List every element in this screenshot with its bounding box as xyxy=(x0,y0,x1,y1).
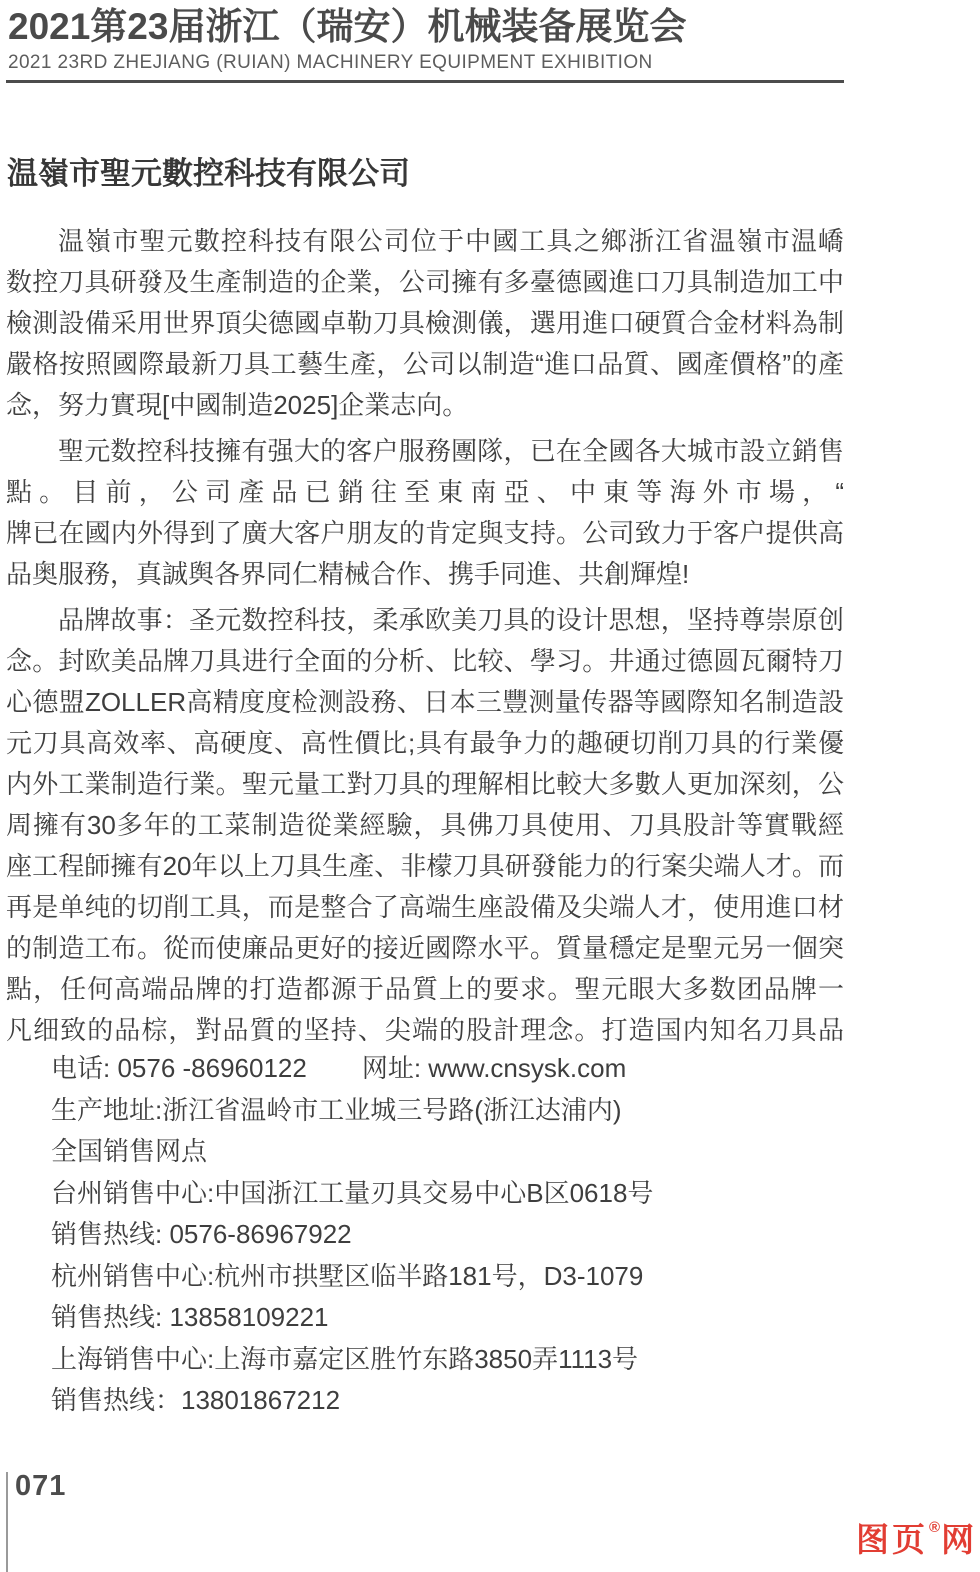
profile-line: 點，任何高端品牌的打造都源于品質上的要求。聖元眼大多数团品牌一樣，拥有超 xyxy=(6,969,844,1010)
profile-line: 嚴格按照國際最新刀具工藝生產，公司以制造“進口品質、國產價格”的產品為理 xyxy=(6,344,844,385)
taizhou-hotline: 销售热线: 0576-86967922 xyxy=(51,1214,653,1256)
website-url: 网址: www.cnsysk.com xyxy=(362,1053,626,1083)
profile-line: 凡细致的品棕，對品質的坚持、尖端的股計理念。打造国内知名刀具品牌。 xyxy=(6,1010,844,1051)
shanghai-sales-center: 上海销售中心:上海市嘉定区胜竹东路3850弄1113号 xyxy=(51,1339,653,1381)
exhibition-subtitle: 2021 23RD ZHEJIANG (RUIAN) MACHINERY EQU… xyxy=(8,52,686,74)
profile-line: 的制造工布。從而使廉品更好的接近國際水平。質量穩定是聖元另一個突出的特 xyxy=(6,928,844,969)
page-number: 071 xyxy=(15,1470,66,1503)
paragraph-brand-story: 品牌故事：圣元数控科技，柔承欧美刀具的设计思想，坚持尊崇原创的登展理 念。封欧美… xyxy=(6,600,844,1051)
profile-line: 牌已在國内外得到了廣大客户朋友的肯定與支持。公司致力于客户提供高品質的產 xyxy=(6,513,844,554)
profile-line: 檢測設備采用世界頂尖德國卓勒刀具檢測儀，選用進口硬質合金材料為制造主體并 xyxy=(6,303,844,344)
watermark-text: 网 xyxy=(941,1521,977,1558)
footer-rule xyxy=(6,1472,8,1572)
registered-trademark-icon: ® xyxy=(929,1510,940,1546)
paragraph-intro: 温嶺市聖元數控科技有限公司位于中國工具之鄉浙江省温嶺市温嶠鎮，是一家 数控刀具研… xyxy=(6,221,844,426)
profile-line: 品奥服務，真誠舆各界同仁精械合作、携手同進、共創輝煌! xyxy=(6,554,844,595)
profile-line: 心德盟ZOLLER高精度度检测設務、日本三豐测量传器等國際知名制造設備来造就型 xyxy=(6,682,844,723)
profile-line: 再是单纯的切削工具，而是整合了高端生座設備及尖端人才，使用進口材料及獨特 xyxy=(6,887,844,928)
profile-line: 数控刀具研發及生產制造的企業，公司擁有多臺德國進口刀具制造加工中心、產品 xyxy=(6,262,844,303)
profile-line: 念。封欧美品牌刀具进行全面的分析、比较、學习。井通过德圆瓦爾特刀具加工中 xyxy=(6,641,844,682)
hangzhou-hotline: 销售热线: 13858109221 xyxy=(51,1297,653,1339)
exhibition-header: 2021第23届浙江（瑞安）机械装备展览会 2021 23RD ZHEJIANG… xyxy=(8,5,686,74)
profile-line: 品牌故事：圣元数控科技，柔承欧美刀具的设计思想，坚持尊崇原创的登展理 xyxy=(6,600,844,641)
profile-line: 念，努力實現[中國制造2025]企業志向。 xyxy=(6,385,844,426)
sales-network-heading: 全国销售网点 xyxy=(51,1131,653,1173)
contact-line-phone-web: 电话: 0576 -86960122网址: www.cnsysk.com xyxy=(51,1048,653,1090)
profile-line: 温嶺市聖元數控科技有限公司位于中國工具之鄉浙江省温嶺市温嶠鎮，是一家 xyxy=(6,221,844,262)
profile-line: 周擁有30多年的工菜制造從業經驗，具佛刀具使用、刀具股計等實戰經驗。刀具生 xyxy=(6,805,844,846)
paragraph-service: 聖元数控科技擁有强大的客户服務團隊，已在全國各大城市設立銷售及服務網 點。目前，… xyxy=(6,431,844,595)
taizhou-sales-center: 台州销售中心:中国浙江工量刃具交易中心B区0618号 xyxy=(51,1173,653,1215)
shanghai-hotline: 销售热线：13801867212 xyxy=(51,1380,653,1422)
exhibition-title: 2021第23届浙江（瑞安）机械装备展览会 xyxy=(8,5,686,49)
watermark-text: 图页 xyxy=(856,1521,928,1558)
company-profile: 温嶺市聖元數控科技有限公司位于中國工具之鄉浙江省温嶺市温嶠鎮，是一家 数控刀具研… xyxy=(6,221,844,1051)
profile-line: 聖元数控科技擁有强大的客户服務團隊，已在全國各大城市設立銷售及服務網 xyxy=(6,431,844,472)
company-name: 温嶺市聖元數控科技有限公司 xyxy=(7,148,410,193)
phone-number: 电话: 0576 -86960122 xyxy=(51,1053,307,1083)
production-address: 生产地址:浙江省温岭市工业城三号路(浙江达浦内) xyxy=(51,1090,653,1132)
hangzhou-sales-center: 杭州销售中心:杭州市拱墅区临半路181号，D3-1079 xyxy=(51,1256,653,1298)
catalog-page: 2021第23届浙江（瑞安）机械装备展览会 2021 23RD ZHEJIANG… xyxy=(0,0,980,1572)
tuyeww-watermark-logo: 图页®网 xyxy=(856,1522,977,1558)
profile-line: 點。目前，公司產品已銷往至東南亞、中東等海外市場，“ SHENGYUAN°上钨”… xyxy=(6,472,844,513)
header-divider xyxy=(6,80,844,83)
contact-block: 电话: 0576 -86960122网址: www.cnsysk.com 生产地… xyxy=(51,1048,653,1422)
profile-line: 座工程師擁有20年以上刀具生產、非檬刀具研發能力的行案尖端人才。而今刀具不 xyxy=(6,846,844,887)
profile-line: 内外工業制造行業。聖元量工對刀具的理解相比較大多數人更加深刻，公司技術顺 xyxy=(6,764,844,805)
profile-line: 元刀具高效率、高硬度、高性價比;具有最争力的趣硬切削刀具的行業優勢，服務國 xyxy=(6,723,844,764)
